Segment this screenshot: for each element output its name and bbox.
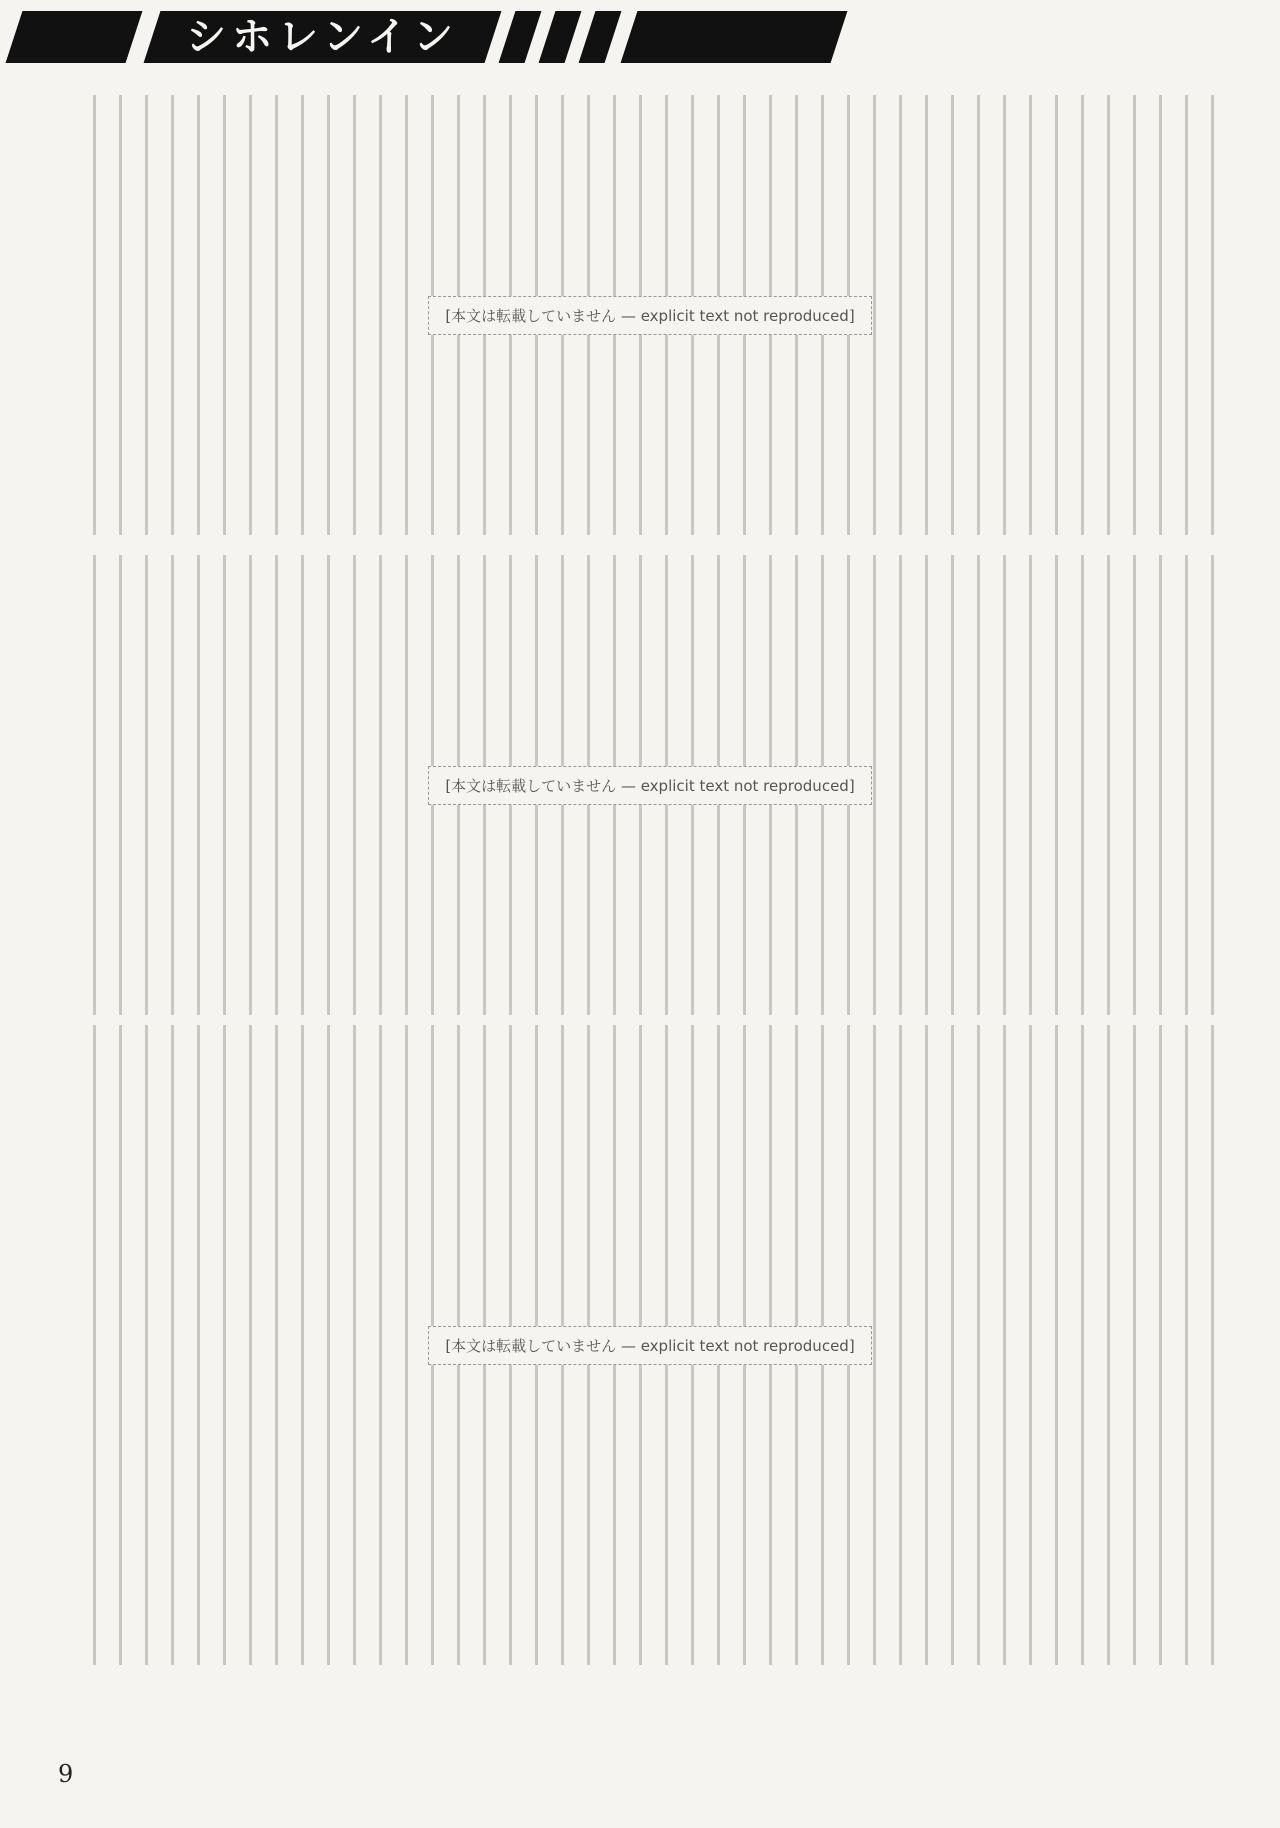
banner-stripe: [499, 11, 542, 63]
text-block-redacted: [本文は転載していません — explicit text not reprodu…: [80, 555, 1220, 1015]
text-block-redacted: [本文は転載していません — explicit text not reprodu…: [80, 95, 1220, 535]
scanned-page: シホレンイン [本文は転載していません — explicit text not …: [0, 0, 1280, 1828]
page-number: 9: [58, 1760, 73, 1788]
banner-lead-shape: [6, 11, 143, 63]
redaction-notice: [本文は転載していません — explicit text not reprodu…: [428, 1326, 871, 1365]
banner-stripe: [579, 11, 622, 63]
title-banner: シホレンイン: [14, 8, 1110, 66]
redaction-notice: [本文は転載していません — explicit text not reprodu…: [428, 296, 871, 335]
page-title: シホレンイン: [144, 11, 502, 63]
text-block-redacted: [本文は転載していません — explicit text not reprodu…: [80, 1025, 1220, 1665]
banner-stripe: [539, 11, 582, 63]
banner-tail-shape: [621, 11, 848, 63]
redaction-notice: [本文は転載していません — explicit text not reprodu…: [428, 766, 871, 805]
